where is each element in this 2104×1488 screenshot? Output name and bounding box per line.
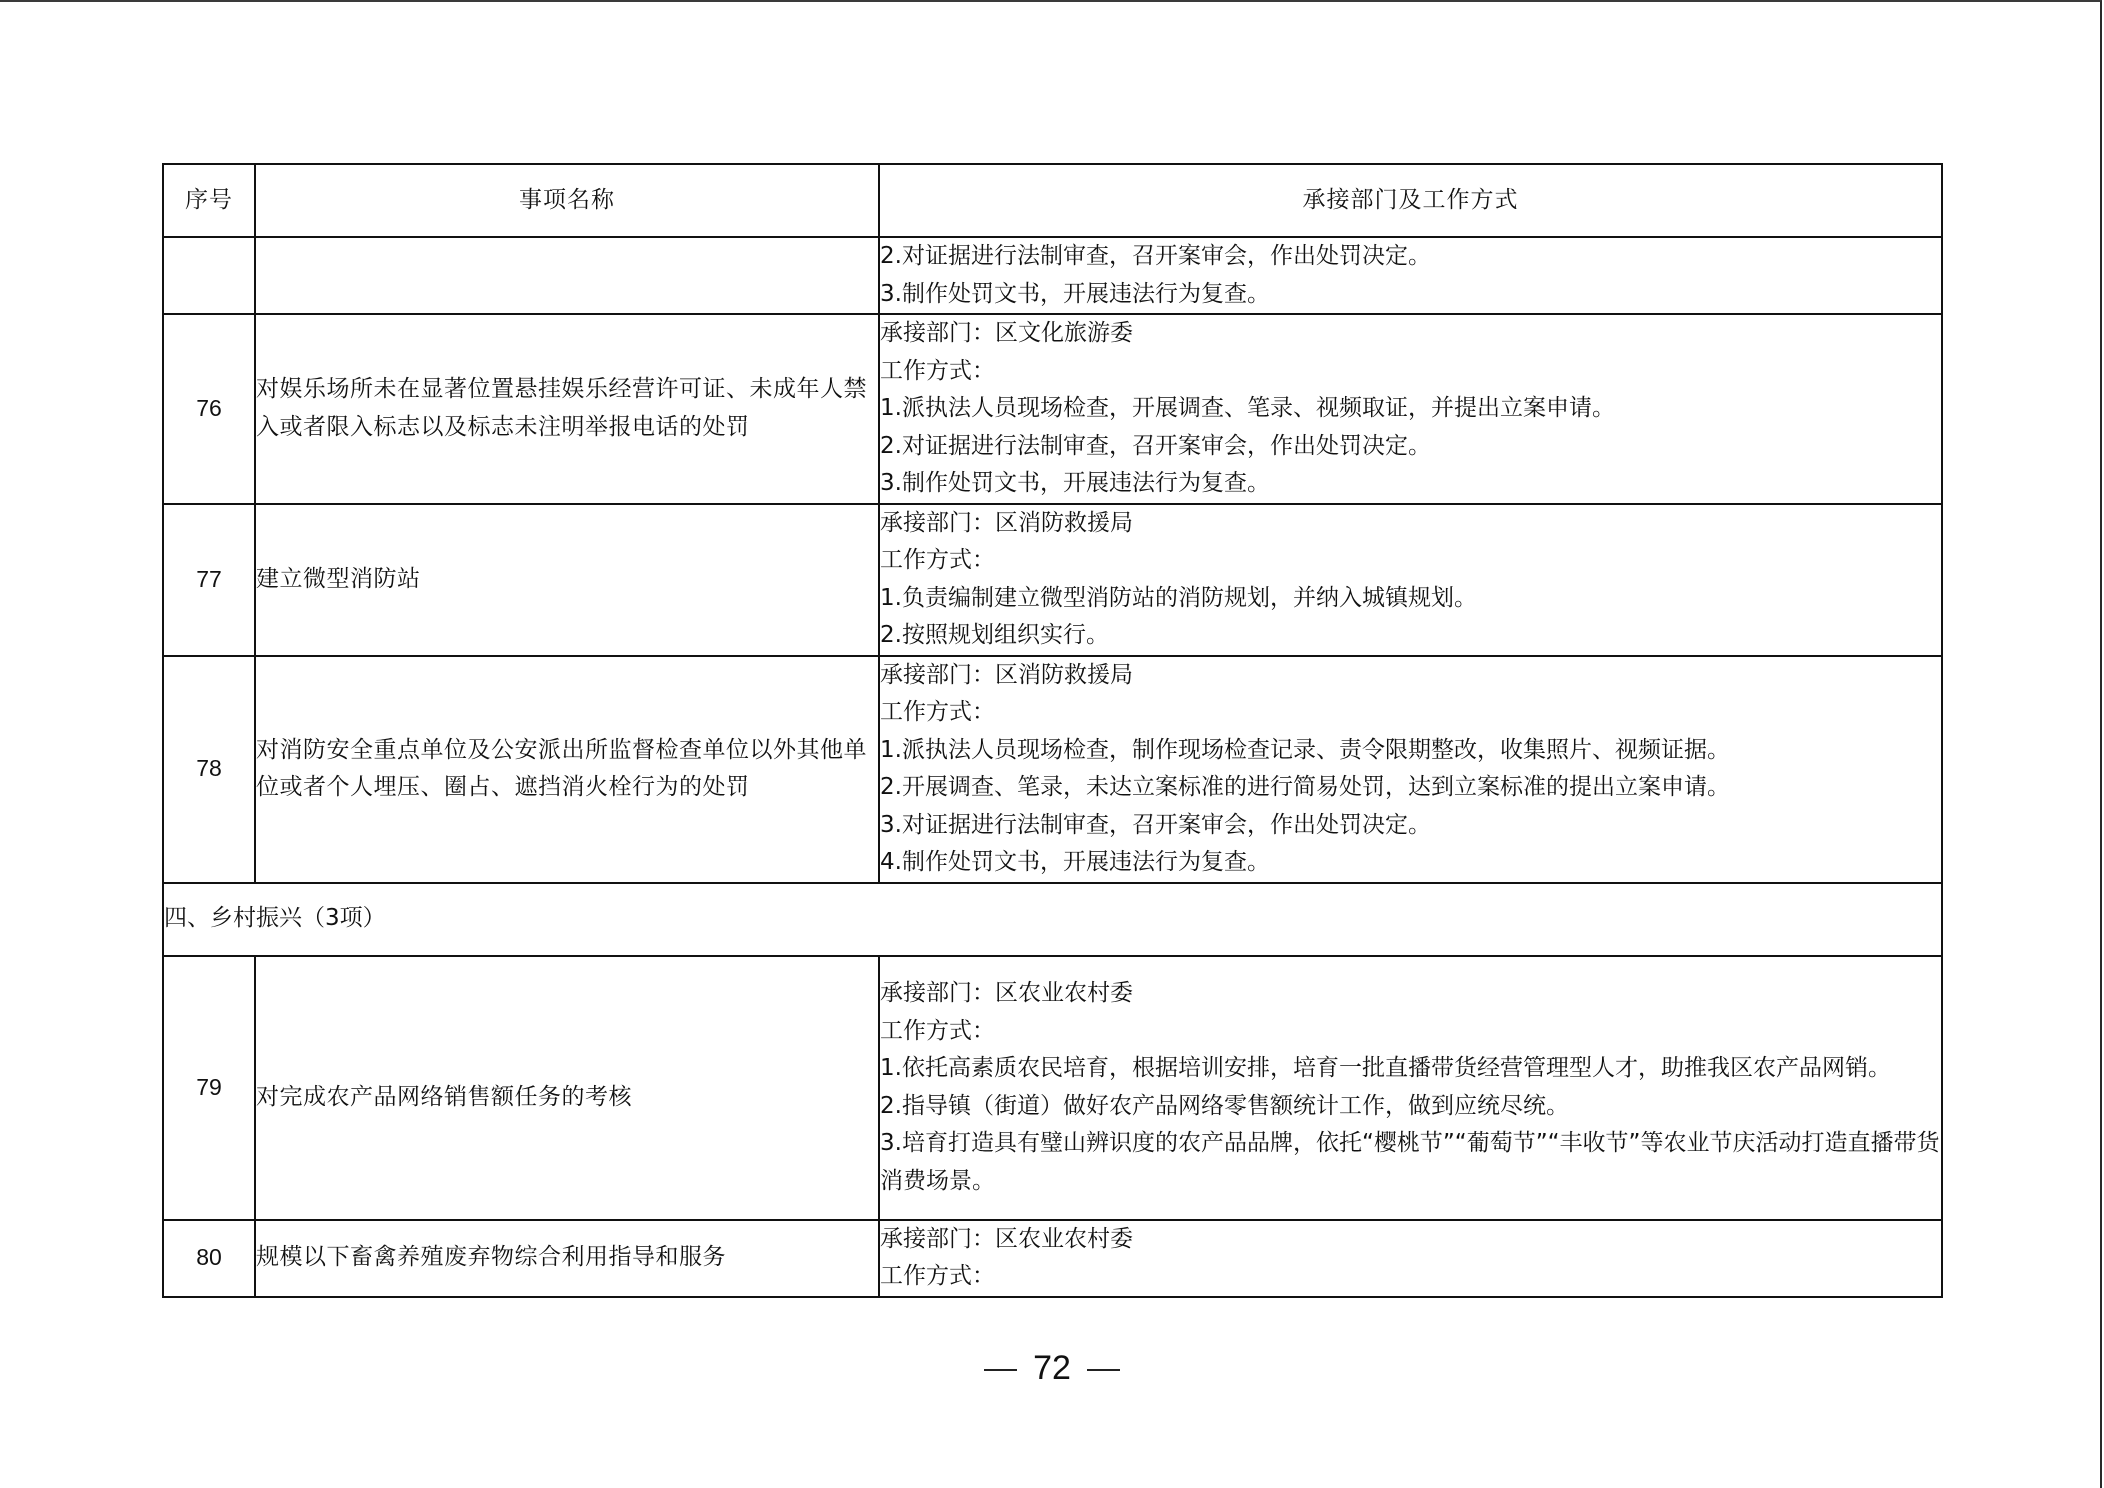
method-step: 1.派执法人员现场检查，开展调查、笔录、视频取证，并提出立案申请。: [880, 390, 1941, 428]
method-step: 2.对证据进行法制审查，召开案审会，作出处罚决定。: [880, 428, 1941, 466]
method-step: 4.制作处罚文书，开展违法行为复查。: [880, 844, 1941, 882]
header-serial-number: 序号: [163, 164, 255, 237]
method-step: 3.制作处罚文书，开展违法行为复查。: [880, 276, 1941, 314]
row-department-method: 2.对证据进行法制审查，召开案审会，作出处罚决定。 3.制作处罚文书，开展违法行…: [879, 237, 1942, 314]
row-item-name: [255, 237, 879, 314]
section-row: 四、乡村振兴（3项）: [163, 883, 1942, 956]
department-label: 承接部门：区消防救援局: [880, 505, 1941, 543]
row-department-method: 承接部门：区文化旅游委 工作方式： 1.派执法人员现场检查，开展调查、笔录、视频…: [879, 314, 1942, 504]
method-step: 1.依托高素质农民培育，根据培训安排，培育一批直播带货经营管理型人才，助推我区农…: [880, 1050, 1941, 1088]
row-serial-number: 78: [163, 656, 255, 883]
table-row: 80 规模以下畜禽养殖废弃物综合利用指导和服务 承接部门：区农业农村委 工作方式…: [163, 1220, 1942, 1297]
method-step: 2.开展调查、笔录，未达立案标准的进行简易处罚，达到立案标准的提出立案申请。: [880, 769, 1941, 807]
row-department-method: 承接部门：区农业农村委 工作方式： 1.依托高素质农民培育，根据培训安排，培育一…: [879, 956, 1942, 1220]
row-department-method: 承接部门：区消防救援局 工作方式： 1.派执法人员现场检查，制作现场检查记录、责…: [879, 656, 1942, 883]
method-step: 1.派执法人员现场检查，制作现场检查记录、责令限期整改，收集照片、视频证据。: [880, 732, 1941, 770]
section-heading: 四、乡村振兴（3项）: [163, 883, 1942, 956]
row-department-method: 承接部门：区农业农村委 工作方式：: [879, 1220, 1942, 1297]
method-step: 3.对证据进行法制审查，召开案审会，作出处罚决定。: [880, 807, 1941, 845]
row-serial-number: [163, 237, 255, 314]
row-item-name: 对完成农产品网络销售额任务的考核: [255, 956, 879, 1220]
dash-left: [984, 1369, 1017, 1371]
method-label: 工作方式：: [880, 542, 1941, 580]
row-item-name: 建立微型消防站: [255, 504, 879, 656]
row-serial-number: 77: [163, 504, 255, 656]
row-item-name: 对娱乐场所未在显著位置悬挂娱乐经营许可证、未成年人禁入或者限入标志以及标志未注明…: [255, 314, 879, 504]
row-department-method: 承接部门：区消防救援局 工作方式： 1.负责编制建立微型消防站的消防规划，并纳入…: [879, 504, 1942, 656]
row-item-name: 规模以下畜禽养殖废弃物综合利用指导和服务: [255, 1220, 879, 1297]
method-step: 2.指导镇（街道）做好农产品网络零售额统计工作，做到应统尽统。: [880, 1088, 1941, 1126]
table-row: 2.对证据进行法制审查，召开案审会，作出处罚决定。 3.制作处罚文书，开展违法行…: [163, 237, 1942, 314]
header-item-name: 事项名称: [255, 164, 879, 237]
department-label: 承接部门：区农业农村委: [880, 975, 1941, 1013]
method-label: 工作方式：: [880, 1258, 1941, 1296]
method-step: 3.制作处罚文书，开展违法行为复查。: [880, 465, 1941, 503]
page-number: 72: [1033, 1349, 1071, 1387]
row-serial-number: 76: [163, 314, 255, 504]
method-step: 2.按照规划组织实行。: [880, 617, 1941, 655]
method-step: 3.培育打造具有璧山辨识度的农产品品牌，依托“樱桃节”“葡萄节”“丰收节”等农业…: [880, 1125, 1941, 1200]
dash-right: [1087, 1369, 1120, 1371]
table-row: 78 对消防安全重点单位及公安派出所监督检查单位以外其他单位或者个人埋压、圈占、…: [163, 656, 1942, 883]
method-label: 工作方式：: [880, 694, 1941, 732]
department-label: 承接部门：区文化旅游委: [880, 315, 1941, 353]
row-serial-number: 79: [163, 956, 255, 1220]
method-step: 1.负责编制建立微型消防站的消防规划，并纳入城镇规划。: [880, 580, 1941, 618]
method-label: 工作方式：: [880, 1013, 1941, 1051]
row-serial-number: 80: [163, 1220, 255, 1297]
method-label: 工作方式：: [880, 353, 1941, 391]
row-item-name: 对消防安全重点单位及公安派出所监督检查单位以外其他单位或者个人埋压、圈占、遮挡消…: [255, 656, 879, 883]
table-header-row: 序号 事项名称 承接部门及工作方式: [163, 164, 1942, 237]
items-table: 序号 事项名称 承接部门及工作方式 2.对证据进行法制审查，召开案审会，作出处罚…: [162, 163, 1943, 1298]
department-label: 承接部门：区消防救援局: [880, 657, 1941, 695]
department-label: 承接部门：区农业农村委: [880, 1221, 1941, 1259]
table-row: 79 对完成农产品网络销售额任务的考核 承接部门：区农业农村委 工作方式： 1.…: [163, 956, 1942, 1220]
page-footer: 72: [0, 1349, 2104, 1388]
method-step: 2.对证据进行法制审查，召开案审会，作出处罚决定。: [880, 238, 1941, 276]
table-row: 77 建立微型消防站 承接部门：区消防救援局 工作方式： 1.负责编制建立微型消…: [163, 504, 1942, 656]
table-row: 76 对娱乐场所未在显著位置悬挂娱乐经营许可证、未成年人禁入或者限入标志以及标志…: [163, 314, 1942, 504]
header-department-method: 承接部门及工作方式: [879, 164, 1942, 237]
